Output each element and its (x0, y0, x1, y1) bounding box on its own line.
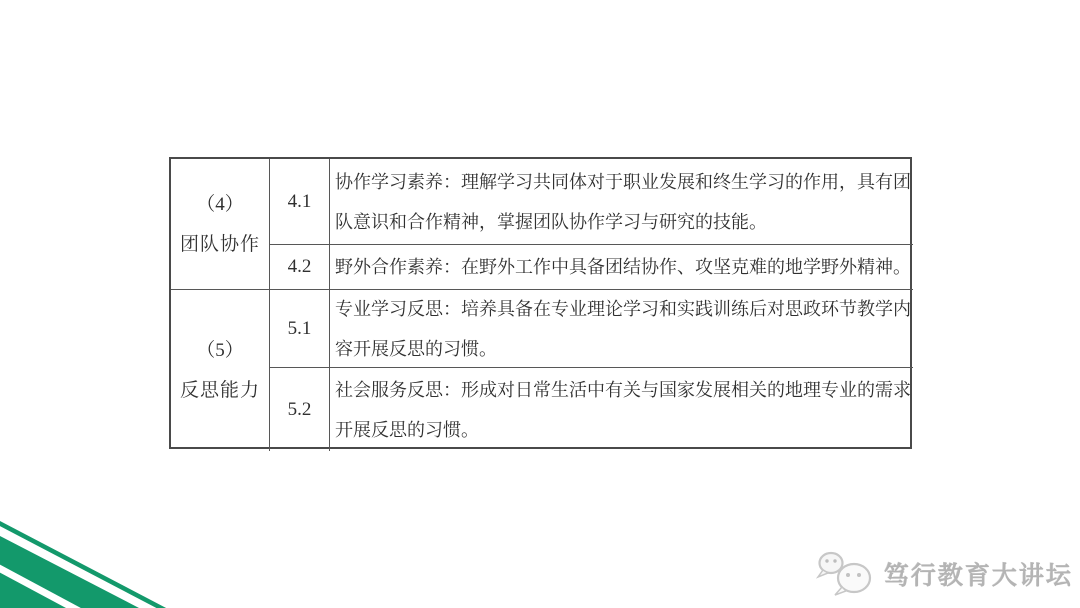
presentation-slide: （4） 团队协作 4.1 协作学习素养：理解学习共同体对于职业发展和终生学习的作… (0, 0, 1080, 608)
desc-line: 野外合作素养：在野外工作中具备团结协作、攻坚克难的地学野外精神。 (335, 247, 911, 287)
desc-line: 协作学习素养：理解学习共同体对于职业发展和终生学习的作用，具有团 (335, 162, 911, 202)
group-name: 团队协作 (180, 235, 260, 254)
row-number-5-1: 5.1 (270, 290, 330, 368)
group-number: （4） (196, 195, 244, 214)
group-number: （5） (196, 341, 244, 360)
group-name: 反思能力 (180, 381, 260, 400)
desc-line: 容开展反思的习惯。 (335, 329, 911, 369)
corner-triangle-decoration (0, 516, 180, 608)
group-cell-reflection: （5） 反思能力 (171, 290, 270, 451)
row-number-4-2: 4.2 (270, 245, 330, 290)
competency-table: （4） 团队协作 4.1 协作学习素养：理解学习共同体对于职业发展和终生学习的作… (169, 157, 912, 449)
group-cell-teamwork: （4） 团队协作 (171, 159, 270, 290)
row-desc-4-1: 协作学习素养：理解学习共同体对于职业发展和终生学习的作用，具有团 队意识和合作精… (330, 159, 913, 245)
watermark: 笃行教育大讲坛 (816, 549, 1073, 599)
row-number-4-1: 4.1 (270, 159, 330, 245)
watermark-text: 笃行教育大讲坛 (884, 556, 1073, 592)
desc-line: 队意识和合作精神，掌握团队协作学习与研究的技能。 (335, 202, 911, 242)
desc-line: 开展反思的习惯。 (335, 410, 911, 450)
row-number-5-2: 5.2 (270, 368, 330, 451)
row-desc-5-2: 社会服务反思：形成对日常生活中有关与国家发展相关的地理专业的需求 开展反思的习惯… (330, 368, 913, 451)
desc-line: 社会服务反思：形成对日常生活中有关与国家发展相关的地理专业的需求 (335, 370, 911, 410)
wechat-icon (816, 549, 878, 599)
row-desc-4-2: 野外合作素养：在野外工作中具备团结协作、攻坚克难的地学野外精神。 (330, 245, 913, 290)
row-desc-5-1: 专业学习反思：培养具备在专业理论学习和实践训练后对思政环节教学内 容开展反思的习… (330, 290, 913, 368)
desc-line: 专业学习反思：培养具备在专业理论学习和实践训练后对思政环节教学内 (335, 289, 911, 329)
